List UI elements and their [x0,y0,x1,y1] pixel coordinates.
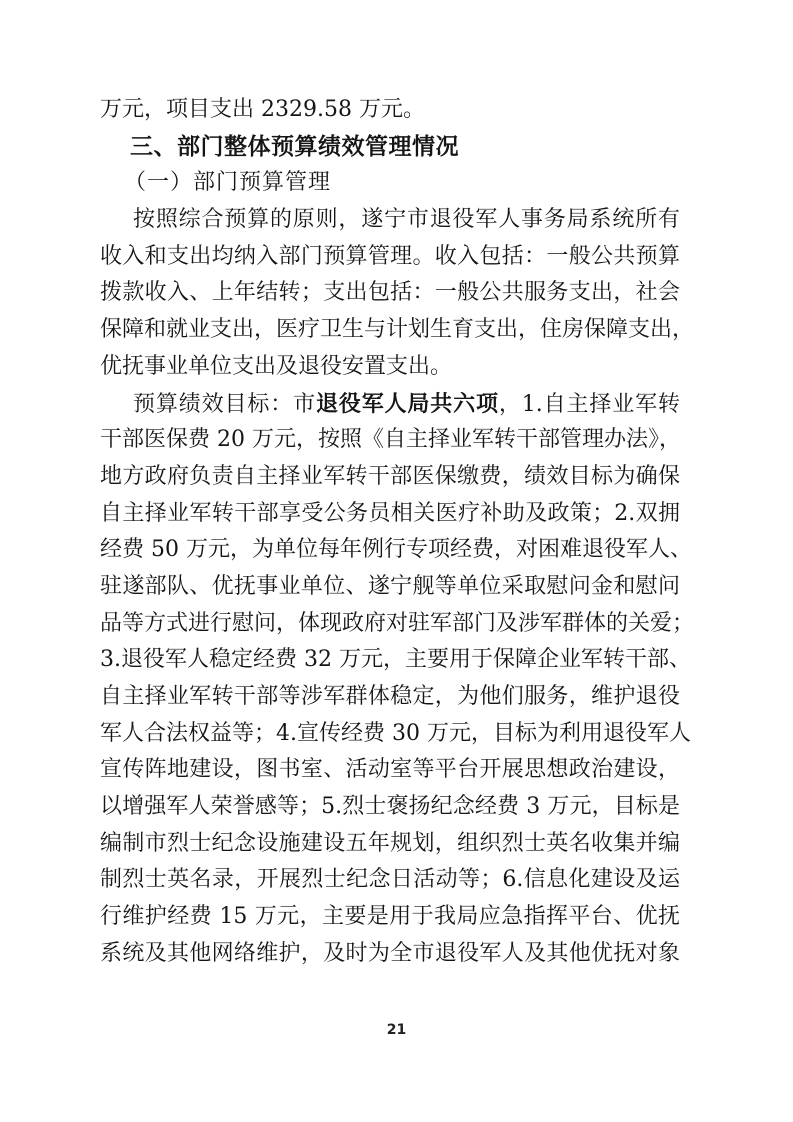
text-segment: 编制市烈士纪念设施建设五年规划，组织烈士英名收集并编 [100,831,680,856]
text-segment: 拨款收入、上年结转；支出包括：一般公共服务支出，社会 [100,280,680,305]
text-segment: 万元，项目支出 2329.58 万元。 [100,97,425,122]
text-line: 编制市烈士纪念设施建设五年规划，组织烈士英名收集并编 [100,826,680,863]
text-line: 品等方式进行慰问，体现政府对驻军部门及涉军群体的关爱； [100,606,680,643]
text-line: 按照综合预算的原则，遂宁市退役军人事务局系统所有 [100,202,680,239]
text-line: 优抚事业单位支出及退役安置支出。 [100,349,680,386]
text-segment: 以增强军人荣誉感等；5.烈士褒扬纪念经费 3 万元，目标是 [100,794,680,819]
text-segment: 干部医保费 20 万元，按照《自主择业军转干部管理办法》， [100,427,681,452]
text-line: 军人合法权益等；4.宣传经费 30 万元，目标为利用退役军人 [100,716,680,753]
text-line: 收入和支出均纳入部门预算管理。收入包括：一般公共预算 [100,239,680,276]
text-segment: 军人合法权益等；4.宣传经费 30 万元，目标为利用退役军人 [100,721,691,746]
text-segment: 自主择业军转干部等涉军群体稳定，为他们服务，维护退役 [100,684,680,709]
text-line: 保障和就业支出，医疗卫生与计划生育支出，住房保障支出， [100,312,680,349]
text-line: 系统及其他网络维护，及时为全市退役军人及其他优抚对象 [100,936,680,973]
text-line: 万元，项目支出 2329.58 万元。 [100,92,680,129]
text-line: 驻遂部队、优抚事业单位、遂宁舰等单位采取慰问金和慰问 [100,569,680,606]
text-line: 宣传阵地建设，图书室、活动室等平台开展思想政治建设， [100,752,680,789]
text-line: 拨款收入、上年结转；支出包括：一般公共服务支出，社会 [100,275,680,312]
text-line: 自主择业军转干部等涉军群体稳定，为他们服务，维护退役 [100,679,680,716]
document-page: 万元，项目支出 2329.58 万元。三、部门整体预算绩效管理情况（一）部门预算… [0,0,793,1122]
text-segment: （一）部门预算管理 [124,170,331,195]
text-segment: 按照综合预算的原则，遂宁市退役军人事务局系统所有 [133,207,680,232]
text-line: 自主择业军转干部享受公务员相关医疗补助及政策；2.双拥 [100,496,680,533]
text-segment: 行维护经费 15 万元，主要是用于我局应急指挥平台、优抚 [100,904,680,929]
text-line: 经费 50 万元，为单位每年例行专项经费，对困难退役军人、 [100,532,680,569]
text-segment: 制烈士英名录，开展烈士纪念日活动等；6.信息化建设及运 [100,867,680,892]
text-line: 制烈士英名录，开展烈士纪念日活动等；6.信息化建设及运 [100,862,680,899]
text-segment: 宣传阵地建设，图书室、活动室等平台开展思想政治建设， [100,757,680,782]
text-line: 预算绩效目标：市退役军人局共六项，1.自主择业军转 [100,386,680,423]
text-line: 地方政府负责自主择业军转干部医保缴费，绩效目标为确保 [100,459,680,496]
text-line: 行维护经费 15 万元，主要是用于我局应急指挥平台、优抚 [100,899,680,936]
text-segment: 经费 50 万元，为单位每年例行专项经费，对困难退役军人、 [100,537,692,562]
document-body: 万元，项目支出 2329.58 万元。三、部门整体预算绩效管理情况（一）部门预算… [100,92,680,973]
section-heading: 三、部门整体预算绩效管理情况 [100,129,680,166]
text-segment: 品等方式进行慰问，体现政府对驻军部门及涉军群体的关爱； [100,611,694,636]
page-number: 21 [0,1022,793,1038]
text-segment: ，1.自主择业军转 [499,392,680,417]
subsection-heading: （一）部门预算管理 [100,165,680,202]
text-line: 以增强军人荣誉感等；5.烈士褒扬纪念经费 3 万元，目标是 [100,789,680,826]
text-segment: 预算绩效目标：市 [133,392,316,417]
text-line: 3.退役军人稳定经费 32 万元，主要用于保障企业军转干部、 [100,642,680,679]
text-segment: 3.退役军人稳定经费 32 万元，主要用于保障企业军转干部、 [100,647,691,672]
text-segment: 优抚事业单位支出及退役安置支出。 [100,354,452,379]
text-line: 干部医保费 20 万元，按照《自主择业军转干部管理办法》， [100,422,680,459]
text-segment: 三、部门整体预算绩效管理情况 [130,134,459,160]
text-segment: 驻遂部队、优抚事业单位、遂宁舰等单位采取慰问金和慰问 [100,574,680,599]
text-segment: 保障和就业支出，医疗卫生与计划生育支出，住房保障支出， [100,317,694,342]
text-segment: 收入和支出均纳入部门预算管理。收入包括：一般公共预算 [100,244,680,269]
text-segment: 自主择业军转干部享受公务员相关医疗补助及政策；2.双拥 [100,501,680,526]
text-segment: 地方政府负责自主择业军转干部医保缴费，绩效目标为确保 [100,464,680,489]
text-segment: 系统及其他网络维护，及时为全市退役军人及其他优抚对象 [100,941,680,966]
bold-text-segment: 退役军人局共六项 [316,391,499,417]
